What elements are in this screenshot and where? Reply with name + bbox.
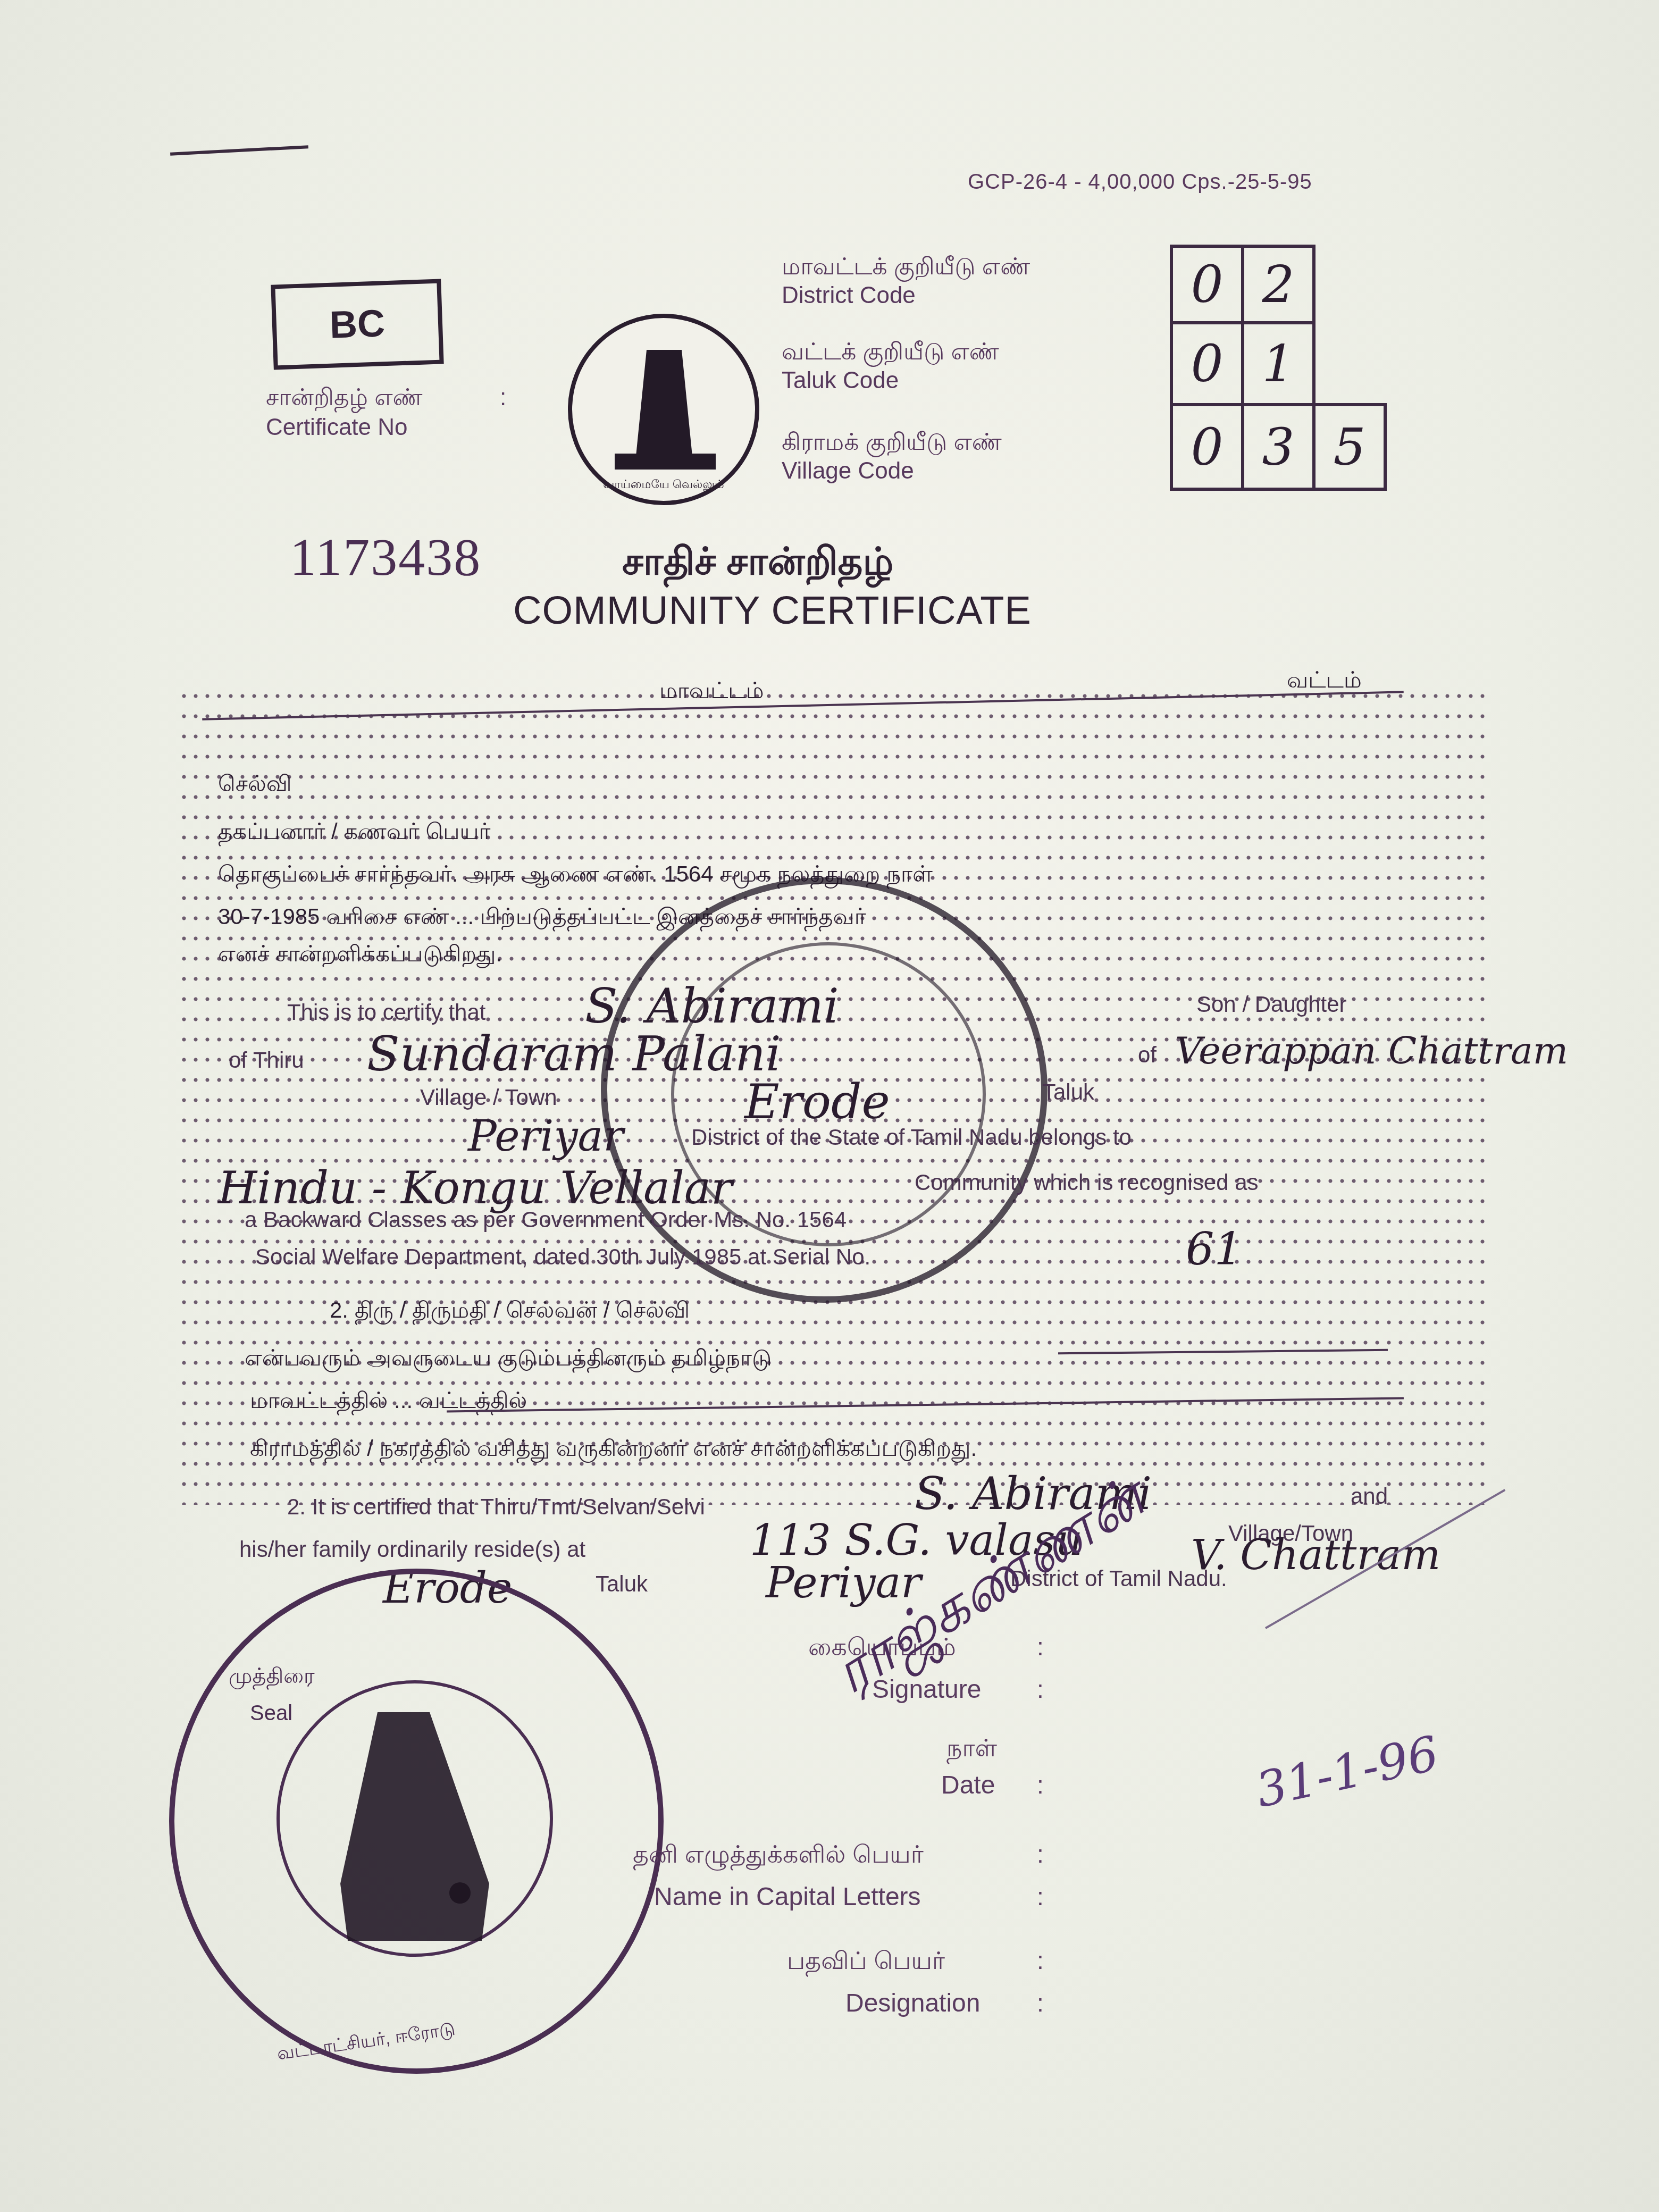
handwritten-serial: 61	[1186, 1223, 1243, 1275]
colon: :	[1037, 1840, 1044, 1869]
district-code-digit: 2	[1241, 245, 1316, 324]
temple-tower-icon	[635, 350, 693, 467]
welfare-text: Social Welfare Department, dated 30th Ju…	[255, 1244, 870, 1270]
colon: :	[500, 383, 506, 413]
tamil-para2-line: 2. திரு / திருமதி / செல்வன் / செல்வி	[330, 1297, 690, 1326]
tamil-para2-line: கிராமத்தில் / நகரத்தில் வசித்து வருகின்ற…	[250, 1436, 977, 1464]
handwritten-village: Veerappan Chattram	[1175, 1029, 1568, 1073]
handwritten-community: Hindu - Kongu Vellalar	[218, 1162, 732, 1214]
district-code-label: மாவட்டக் குறியீடு எண் District Code	[782, 253, 1030, 310]
handwritten-father-name: Sundaram Palani	[367, 1026, 781, 1082]
certificate-number: 1173438	[290, 526, 481, 588]
handwritten-taluk: Erode	[744, 1074, 890, 1130]
village-code-label: கிராமக் குறியீடு எண் Village Code	[782, 428, 1002, 485]
state-emblem-icon: வாய்மையே வெல்லும்	[568, 314, 759, 505]
colon: :	[1037, 1632, 1044, 1661]
para2-prefix: 2. It is certified that Thiru/Tmt/Selvan…	[287, 1494, 705, 1520]
emblem-motto: வாய்மையே வெல்லும்	[572, 477, 755, 493]
signed-date: 31-1-96	[1251, 1725, 1443, 1819]
taluk-code-label: வட்டக் குறியீடு எண் Taluk Code	[782, 338, 999, 395]
handwritten-district: Periyar	[468, 1111, 624, 1161]
thiru-text: of Thiru	[229, 1048, 304, 1073]
village-code-digit: 5	[1312, 403, 1387, 491]
district-ta-label: மாவட்டம்	[659, 678, 764, 707]
category-badge-label: BC	[329, 301, 386, 347]
handwritten-district-2: Periyar	[766, 1558, 921, 1607]
name-caps-label-ta: தனி எழுத்துக்களில் பெயர்	[633, 1840, 924, 1872]
district-text: District of the State of Tamil Nadu belo…	[691, 1125, 1132, 1150]
taluk-label-2: Taluk	[596, 1571, 648, 1597]
certificate-no-label-en: Certificate No	[266, 413, 423, 442]
designation-label-ta: பதவிப் பெயர்	[787, 1946, 945, 1979]
date-label-ta: நாள்	[946, 1733, 997, 1766]
certificate-no-label: சான்றிதழ் எண் Certificate No :	[266, 383, 423, 442]
taluk-code-label-en: Taluk Code	[782, 366, 999, 395]
certify-text: This is to certify that	[287, 1000, 485, 1025]
taluk-code-label-ta: வட்டக் குறியீடு எண்	[782, 338, 999, 366]
designation-label-en: Designation	[845, 1989, 981, 2018]
taluk-code-digit: 0	[1170, 321, 1244, 406]
taluk-code-digit: 1	[1241, 321, 1316, 406]
relation-text: Son / Daughter	[1196, 992, 1347, 1017]
district-code-digit: 0	[1170, 245, 1244, 324]
colon: :	[1037, 1882, 1044, 1911]
tamil-line: தகப்பனார் / கணவர் பெயர்	[218, 819, 490, 848]
seal-label-en: Seal	[250, 1702, 292, 1725]
ink-mark	[170, 145, 308, 156]
name-caps-label-en: Name in Capital Letters	[654, 1882, 921, 1912]
seal-label-ta: முத்திரை	[229, 1664, 315, 1691]
colon: :	[1037, 1989, 1044, 2017]
tamil-line: செல்வி	[218, 771, 292, 800]
colon: :	[1037, 1675, 1044, 1704]
seal-dot	[449, 1882, 471, 1904]
village-code-label-ta: கிராமக் குறியீடு எண்	[782, 428, 1002, 457]
category-badge: BC	[271, 279, 443, 370]
reside-text: his/her family ordinarily reside(s) at	[239, 1537, 585, 1562]
community-text: Community which is recognised as	[915, 1170, 1259, 1195]
print-code: GCP-26-4 - 4,00,000 Cps.-25-5-95	[968, 170, 1312, 194]
certificate-no-label-ta: சான்றிதழ் எண்	[266, 383, 423, 413]
district-code-label-ta: மாவட்டக் குறியீடு எண்	[782, 253, 1030, 281]
backward-class-text: a Backward Classes as per Government Ord…	[245, 1207, 847, 1233]
village-code-digit: 0	[1170, 403, 1244, 491]
village-town-label: Village / Town	[420, 1085, 557, 1110]
handwritten-village-2: V. Chattram	[1191, 1531, 1440, 1579]
of-text: of	[1138, 1042, 1157, 1068]
village-code-digit: 3	[1241, 403, 1316, 491]
taluk-label: Taluk	[1042, 1079, 1094, 1105]
date-label-en: Date	[941, 1771, 995, 1800]
emblem-base	[615, 454, 716, 470]
tamil-para2-line: என்பவரும் அவருடைய குடும்பத்தினரும் தமிழ்…	[245, 1345, 772, 1374]
certificate-page: GCP-26-4 - 4,00,000 Cps.-25-5-95 BC சான்…	[0, 0, 1659, 2212]
colon: :	[1037, 1946, 1044, 1975]
tamil-line: எனச் சான்றளிக்கப்படுகிறது.	[218, 941, 502, 970]
title-tamil: சாதிச் சான்றிதழ்	[622, 540, 893, 589]
page-title: COMMUNITY CERTIFICATE	[513, 588, 1032, 633]
colon: :	[1037, 1771, 1044, 1799]
village-code-label-en: Village Code	[782, 457, 1002, 485]
district-code-label-en: District Code	[782, 281, 1030, 310]
and-text: and	[1351, 1484, 1388, 1509]
tamil-para2-line: மாவட்டத்தில் ... வட்டத்தில்	[250, 1388, 527, 1417]
